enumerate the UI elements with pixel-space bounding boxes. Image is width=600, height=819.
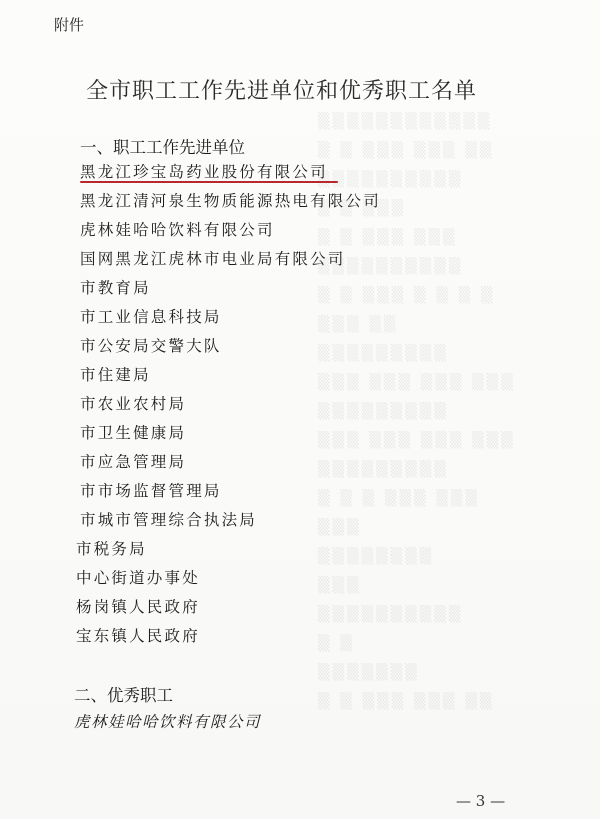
bleed-through-text: ▒▒▒▒▒▒▒▒▒▒▒▒ (318, 112, 492, 130)
bleed-through-text: ▒▒▒▒▒▒▒▒▒ (318, 402, 449, 420)
list-item: 杨岗镇人民政府 (76, 595, 200, 617)
list-item: 市住建局 (80, 363, 151, 385)
bleed-through-text: ▒▒▒ ▒▒ (318, 315, 398, 333)
list-item: 国网黑龙江虎林市电业局有限公司 (80, 247, 346, 269)
bleed-through-text: ▒ ▒ ▒▒▒ ▒▒▒ ▒▒ (318, 692, 494, 710)
highlight-underline (80, 181, 338, 183)
page-number: — 3 — (456, 792, 505, 810)
bleed-through-text: ▒▒▒▒▒▒▒▒▒▒ (318, 170, 463, 188)
list-item: 市应急管理局 (80, 450, 186, 472)
bleed-through-text: ▒ ▒ (318, 634, 355, 652)
list-item: 宝东镇人民政府 (76, 624, 200, 646)
list-item: 中心街道办事处 (76, 566, 200, 588)
attachment-label: 附件 (54, 14, 84, 35)
bleed-through-text: ▒▒▒▒▒▒▒▒▒ (318, 460, 449, 478)
list-item: 市城市管理综合执法局 (80, 508, 257, 530)
bleed-through-text: ▒▒▒ ▒▒▒ ▒▒▒ ▒▒▒ (318, 431, 516, 449)
list-item: 市卫生健康局 (80, 421, 186, 443)
list-item: 市公安局交警大队 (80, 334, 222, 356)
bleed-through-text: ▒ ▒ ▒▒▒ ▒▒▒ (318, 228, 458, 246)
bleed-through-text: ▒ ▒ ▒▒▒ ▒▒▒ ▒▒ (318, 141, 494, 159)
list-item: 市教育局 (80, 276, 151, 298)
section-heading-outstanding-workers: 二、优秀职工 (74, 682, 173, 706)
bleed-through-text: ▒▒▒▒▒▒▒▒▒▒ (318, 605, 463, 623)
list-item: 市工业信息科技局 (80, 305, 222, 327)
list-item: 虎林娃哈哈饮料有限公司 (80, 218, 275, 240)
list-item: 黑龙江清河泉生物质能源热电有限公司 (80, 189, 381, 211)
list-item: 黑龙江珍宝岛药业股份有限公司 (80, 160, 328, 182)
bleed-through-text: ▒▒▒▒▒▒▒▒ (318, 547, 434, 565)
bleed-through-text: ▒▒▒ ▒▒▒ ▒▒▒ ▒▒▒ (318, 373, 516, 391)
list-item: 虎林娃哈哈饮料有限公司 (74, 710, 261, 732)
bleed-through-text: ▒▒▒ (318, 576, 362, 594)
list-item: 市市场监督管理局 (80, 479, 222, 501)
bleed-through-text: ▒▒▒ (318, 518, 362, 536)
bleed-through-text: ▒ ▒ ▒ ▒▒▒ ▒▒▒ (318, 489, 480, 507)
list-item: 市税务局 (76, 537, 147, 559)
bleed-through-text: ▒▒▒▒▒▒▒ (318, 663, 420, 681)
document-page: ▒▒▒▒▒▒▒▒▒▒▒▒ ▒ ▒ ▒▒▒ ▒▒▒ ▒▒ ▒▒▒▒▒▒▒▒▒▒ ▒… (0, 0, 600, 819)
list-item: 市农业农村局 (80, 392, 186, 414)
bleed-through-text: ▒▒▒▒▒▒▒▒▒ (318, 344, 449, 362)
section-heading-advanced-units: 一、职工工作先进单位 (80, 134, 245, 158)
document-title: 全市职工工作先进单位和优秀职工名单 (86, 74, 477, 105)
bleed-through-text: ▒ ▒ ▒▒▒ ▒ ▒ ▒ ▒ (318, 286, 495, 304)
